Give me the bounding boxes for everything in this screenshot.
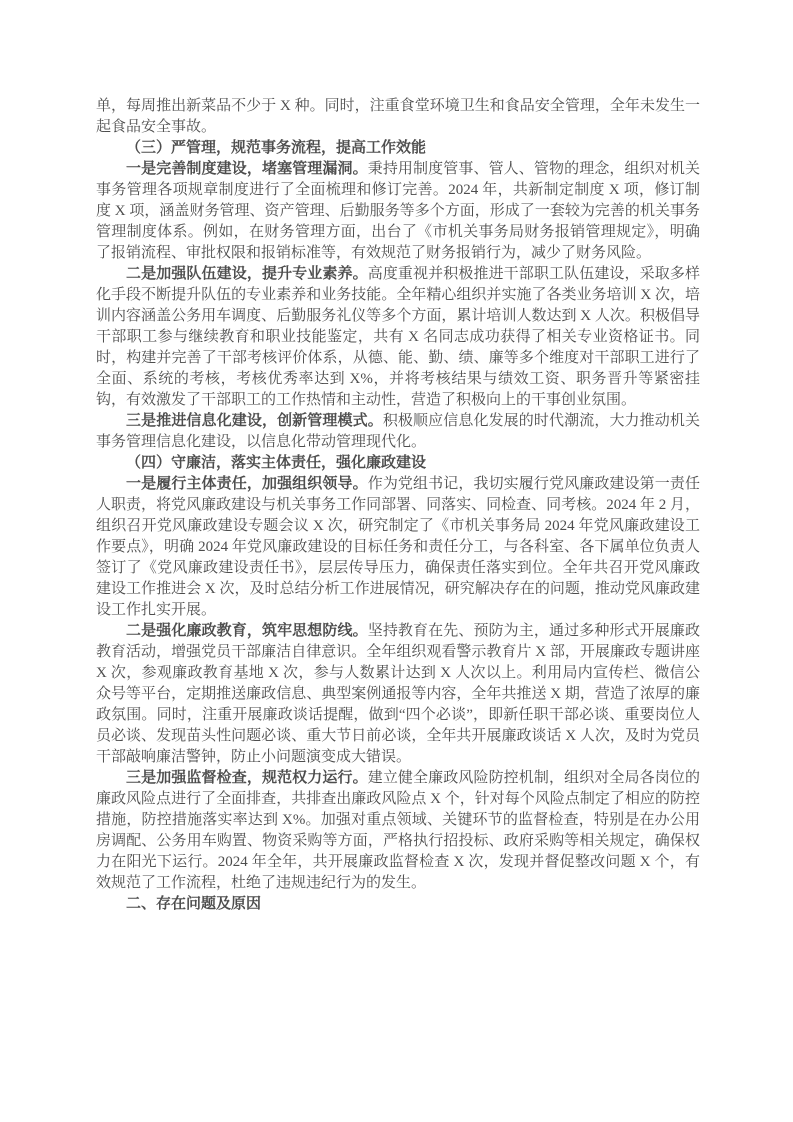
paragraph-item-3: 三是推进信息化建设，创新管理模式。积极顺应信息化发展的时代潮流，大力推动机关事务… — [96, 411, 700, 453]
paragraph-body: 坚持教育在先、预防为主，通过多种形式开展廉政教育活动，增强党员干部廉洁自律意识。… — [96, 623, 700, 765]
paragraph-item-6: 三是加强监督检查，规范权力运行。建立健全廉政风险防控机制，组织对全局各岗位的廉政… — [96, 768, 700, 894]
section-heading-3: （三）严管理，规范事务流程，提高工作效能 — [96, 138, 700, 159]
paragraph-continuation: 单，每周推出新菜品不少于 X 种。同时，注重食堂环境卫生和食品安全管理，全年未发… — [96, 96, 700, 138]
paragraph-lead: 二是强化廉政教育，筑牢思想防线。 — [126, 623, 368, 639]
paragraph-item-4: 一是履行主体责任，加强组织领导。作为党组书记，我切实履行党风廉政建设第一责任人职… — [96, 474, 700, 621]
paragraph-item-1: 一是完善制度建设，堵塞管理漏洞。秉持用制度管事、管人、管物的理念，组织对机关事务… — [96, 159, 700, 264]
paragraph-lead: 二是加强队伍建设，提升专业素养。 — [126, 266, 368, 282]
paragraph-body: 建立健全廉政风险防控机制，组织对全局各岗位的廉政风险点进行了全面排查，共排查出廉… — [96, 770, 700, 891]
paragraph-lead: 一是完善制度建设，堵塞管理漏洞。 — [126, 161, 368, 177]
paragraph-item-5: 二是强化廉政教育，筑牢思想防线。坚持教育在先、预防为主，通过多种形式开展廉政教育… — [96, 621, 700, 768]
section-heading-4: （四）守廉洁，落实主体责任，强化廉政建设 — [96, 453, 700, 474]
paragraph-body: 作为党组书记，我切实履行党风廉政建设第一责任人职责，将党风廉政建设与机关事务工作… — [96, 476, 700, 618]
paragraph-lead: 一是履行主体责任，加强组织领导。 — [126, 476, 368, 492]
paragraph-lead: 三是加强监督检查，规范权力运行。 — [126, 770, 368, 786]
section-heading-2: 二、存在问题及原因 — [96, 894, 700, 915]
document-content: 单，每周推出新菜品不少于 X 种。同时，注重食堂环境卫生和食品安全管理，全年未发… — [96, 96, 700, 915]
paragraph-item-2: 二是加强队伍建设，提升专业素养。高度重视并积极推进干部职工队伍建设，采取多样化手… — [96, 264, 700, 411]
paragraph-body: 高度重视并积极推进干部职工队伍建设，采取多样化手段不断提升队伍的专业素养和业务技… — [96, 266, 700, 408]
document-page: 单，每周推出新菜品不少于 X 种。同时，注重食堂环境卫生和食品安全管理，全年未发… — [0, 0, 793, 1122]
paragraph-lead: 三是推进信息化建设，创新管理模式。 — [126, 413, 383, 429]
